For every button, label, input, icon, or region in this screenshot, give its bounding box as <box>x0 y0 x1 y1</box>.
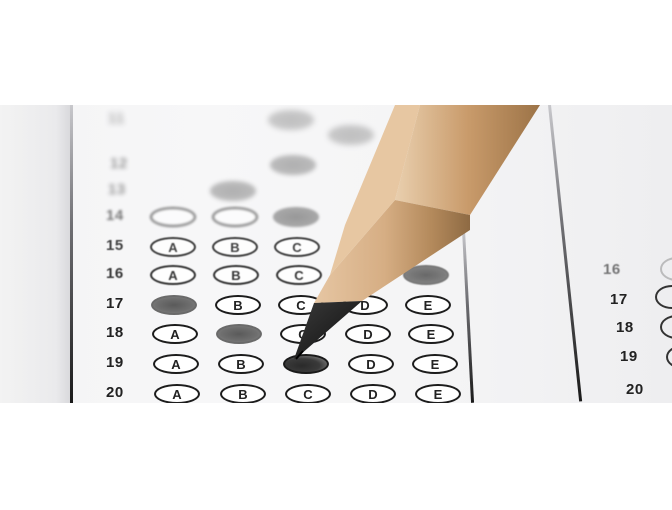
answer-bubble[interactable] <box>212 207 258 227</box>
answer-bubble-19-e[interactable]: E <box>412 354 458 374</box>
question-number: 18 <box>106 324 124 341</box>
answer-bubble-18-a[interactable]: A <box>152 324 198 344</box>
answer-bubble[interactable] <box>150 207 196 227</box>
answer-bubble-18-d[interactable]: D <box>345 324 391 344</box>
answer-bubble-18-e[interactable]: E <box>408 324 454 344</box>
question-number: 12 <box>110 155 128 172</box>
answer-bubble-20-c[interactable]: C <box>285 384 331 403</box>
question-number: 16 <box>106 265 124 282</box>
answer-bubble-20-b[interactable]: B <box>220 384 266 403</box>
answer-bubble[interactable]: C <box>274 237 320 257</box>
answer-bubble-19-c[interactable] <box>283 354 329 374</box>
question-number: 15 <box>106 237 124 254</box>
answer-bubble[interactable] <box>270 155 316 175</box>
question-number: 14 <box>106 207 124 224</box>
answer-bubble[interactable] <box>268 110 314 130</box>
question-number: 11 <box>108 110 125 127</box>
question-number: 17 <box>106 295 124 312</box>
answer-bubble-17-d[interactable]: D <box>342 295 388 315</box>
answer-bubble-19-b[interactable]: B <box>218 354 264 374</box>
question-number: 16 <box>603 261 621 278</box>
answer-bubble-20-d[interactable]: D <box>350 384 396 403</box>
answer-bubble[interactable]: B <box>212 237 258 257</box>
answer-bubble[interactable] <box>660 257 672 281</box>
answer-bubble-19-d[interactable]: D <box>348 354 394 374</box>
answer-bubble[interactable] <box>273 207 319 227</box>
question-number: 17 <box>610 291 628 308</box>
answer-bubble[interactable] <box>655 285 672 309</box>
answer-bubble-18-c[interactable]: C <box>280 324 326 344</box>
answer-bubble[interactable]: B <box>213 265 259 285</box>
question-number: 20 <box>626 381 644 398</box>
answer-bubble[interactable] <box>403 265 449 285</box>
answer-bubble-20-e[interactable]: E <box>415 384 461 403</box>
answer-bubble[interactable]: C <box>276 265 322 285</box>
question-number: 18 <box>616 319 634 336</box>
question-number: 19 <box>620 348 638 365</box>
question-number: 19 <box>106 354 124 371</box>
answer-sheet-photo: 11 12 13 14 15 A B C 16 A B <box>0 105 672 403</box>
answer-bubble-17-a[interactable] <box>151 295 197 315</box>
answer-bubble[interactable] <box>328 125 374 145</box>
answer-bubble-18-b[interactable] <box>216 324 262 344</box>
answer-grid: 11 12 13 14 15 A B C 16 A B <box>0 105 672 403</box>
answer-bubble-19-a[interactable]: A <box>153 354 199 374</box>
answer-bubble[interactable]: A <box>150 265 196 285</box>
answer-bubble[interactable]: A <box>150 237 196 257</box>
answer-bubble-17-b[interactable]: B <box>215 295 261 315</box>
answer-bubble[interactable] <box>660 315 672 339</box>
question-number: 13 <box>108 181 126 198</box>
answer-bubble-20-a[interactable]: A <box>154 384 200 403</box>
answer-bubble[interactable] <box>210 181 256 201</box>
answer-bubble-17-e[interactable]: E <box>405 295 451 315</box>
answer-bubble[interactable] <box>666 345 672 369</box>
question-number: 20 <box>106 384 124 401</box>
answer-bubble-17-c[interactable]: C <box>278 295 324 315</box>
